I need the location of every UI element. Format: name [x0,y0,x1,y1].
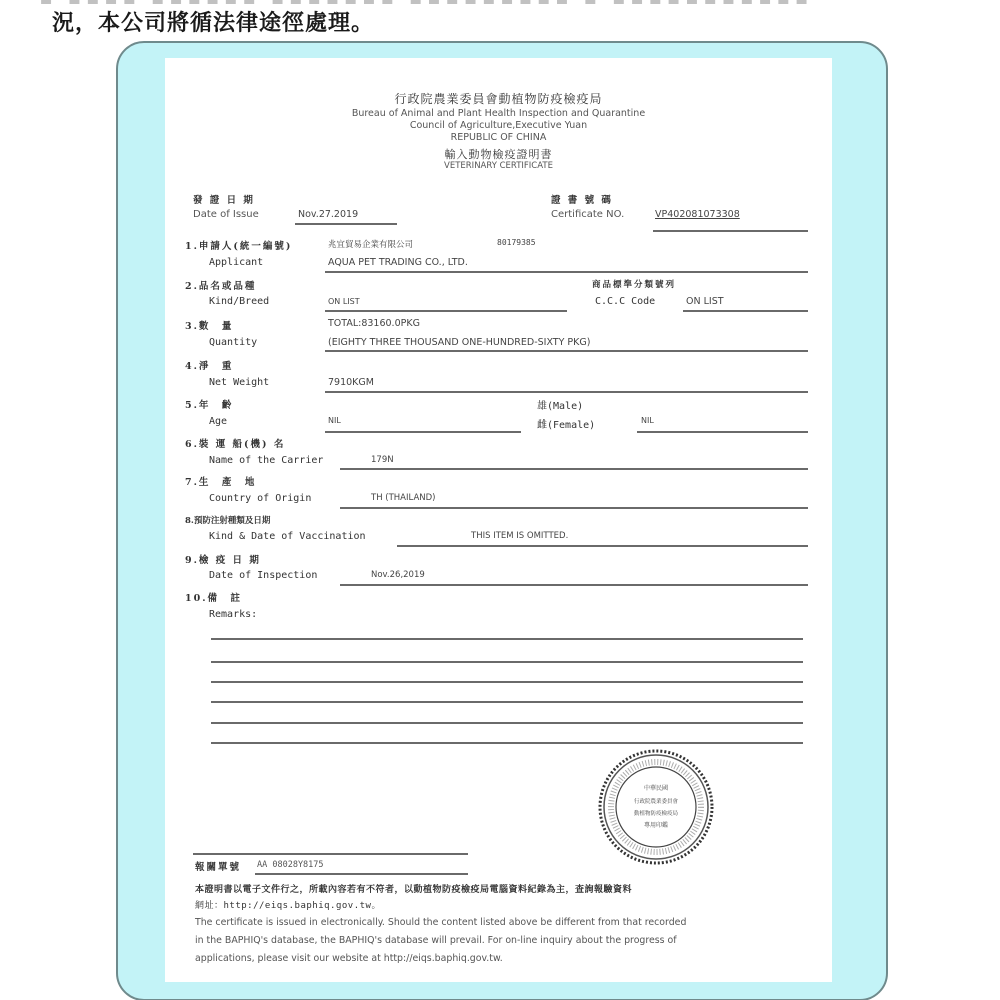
certificate-number-label-zh: 證 書 號 碼 [551,192,613,206]
rule [325,431,521,433]
inspection-label: Date of Inspection [209,570,317,581]
remarks-line [211,638,803,640]
svg-text:中華民國: 中華民國 [644,784,668,792]
sex-value: NIL [641,416,654,425]
rule [295,223,397,225]
rule [340,584,808,586]
net-weight-label-zh: 4.淨 重 [185,358,233,372]
footer-notice-zh-2: 網址：http://eiqs.baphiq.gov.tw。 [195,898,381,911]
customs-number-label: 報關單號 [195,859,241,873]
rule [340,468,808,470]
ccc-label-zh: 商品標準分類號列 [592,278,676,290]
certificate-title-en: VETERINARY CERTIFICATE [165,161,832,171]
rule [653,230,808,232]
quantity-total-value: TOTAL:83160.0PKG [328,318,420,329]
footer-notice-en-3: applications, please visit our website a… [195,953,503,964]
kind-value: ON LIST [328,297,360,306]
inspection-value: Nov.26,2019 [371,570,425,580]
quantity-words-value: (EIGHTY THREE THOUSAND ONE-HUNDRED-SIXTY… [328,337,590,348]
footer-notice-en-1: The certificate is issued in electronica… [195,917,686,928]
origin-label-zh: 7.生 產 地 [185,474,256,488]
male-label: 雄(Male) [537,397,583,412]
issue-date-label-zh: 發 證 日 期 [193,192,255,206]
remarks-label: Remarks: [209,609,257,620]
rule [325,391,808,393]
carrier-value: 179N [371,455,394,465]
quantity-label-zh: 3.數 量 [185,318,233,332]
agency-name-zh: 行政院農業委員會動植物防疫檢疫局 [165,90,832,107]
rule [325,310,567,312]
issue-date-value: Nov.27.2019 [298,209,358,220]
remarks-line [211,722,803,724]
kind-label-zh: 2.品名或品種 [185,278,256,292]
applicant-id: 80179385 [497,238,536,247]
rule [397,545,808,547]
official-seal: 中華民國 行政院農業委員會 動植物防疫檢疫局 專用印鑑 [597,748,715,866]
ccc-code-value: ON LIST [686,296,724,307]
remarks-line [211,742,803,744]
vaccination-label: Kind & Date of Vaccination [209,531,366,542]
applicant-label: Applicant [209,257,263,268]
council-name-en: Council of Agriculture,Executive Yuan [165,120,832,131]
carrier-label: Name of the Carrier [209,455,323,466]
quantity-label: Quantity [209,337,257,348]
age-label: Age [209,416,227,427]
cutoff-text-line: ▬ ▬▬▬▬ ▬▬▬▬▬▬ ▬▬▬▬▬▬▬ ▬▬▬▬▬▬▬▬▬ ▬ ▬▬▬▬▬▬… [40,0,900,4]
rule [193,853,468,855]
certificate-number-label: Certificate NO. [551,209,624,220]
rule [637,431,808,433]
age-label-zh: 5.年 齡 [185,397,233,411]
carrier-label-zh: 6.裝 運 船(機) 名 [185,436,285,450]
svg-text:專用印鑑: 專用印鑑 [644,821,668,829]
rule [325,350,808,352]
footer-notice-en-2: in the BAPHIQ's database, the BAPHIQ's d… [195,935,677,946]
svg-text:行政院農業委員會: 行政院農業委員會 [634,797,679,805]
certificate-page: 行政院農業委員會動植物防疫檢疫局 Bureau of Animal and Pl… [165,58,832,982]
footer-notice-zh-1: 本證明書以電子文件行之，所載內容若有不符者，以動植物防疫檢疫局電腦資料紀錄為主，… [195,882,632,895]
kind-label: Kind/Breed [209,296,269,307]
intro-text: 況，本公司將循法律途徑處理。 [52,6,374,37]
vaccination-value: THIS ITEM IS OMITTED. [471,531,568,541]
customs-number-value: AA 08028Y8175 [257,860,324,870]
issue-date-label: Date of Issue [193,209,259,220]
svg-text:動植物防疫檢疫局: 動植物防疫檢疫局 [634,809,679,817]
female-label: 雌(Female) [537,416,595,431]
ccc-code-label: C.C.C Code [595,296,655,307]
remarks-label-zh: 10.備 註 [185,590,242,604]
remarks-line [211,661,803,663]
remarks-line [211,681,803,683]
applicant-name-zh: 兆宜貿易企業有限公司 [328,238,413,250]
remarks-line [211,701,803,703]
agency-name-en: Bureau of Animal and Plant Health Inspec… [165,108,832,119]
certificate-number-value: VP402081073308 [655,209,740,220]
net-weight-label: Net Weight [209,377,269,388]
age-value: NIL [328,416,341,425]
net-weight-value: 7910KGM [328,377,374,388]
origin-value: TH (THAILAND) [371,493,435,503]
origin-label: Country of Origin [209,493,311,504]
applicant-label-zh: 1.申請人(統一編號) [185,238,292,252]
certificate-title-zh: 輸入動物檢疫證明書 [165,146,832,162]
vaccination-label-zh: 8.預防注射種類及日期 [185,514,270,526]
rule [340,507,808,509]
rule [683,310,808,312]
rule [325,271,808,273]
applicant-value: AQUA PET TRADING CO., LTD. [328,257,468,268]
country-name-en: REPUBLIC OF CHINA [165,132,832,143]
inspection-label-zh: 9.檢 疫 日 期 [185,552,261,566]
rule [255,873,468,875]
